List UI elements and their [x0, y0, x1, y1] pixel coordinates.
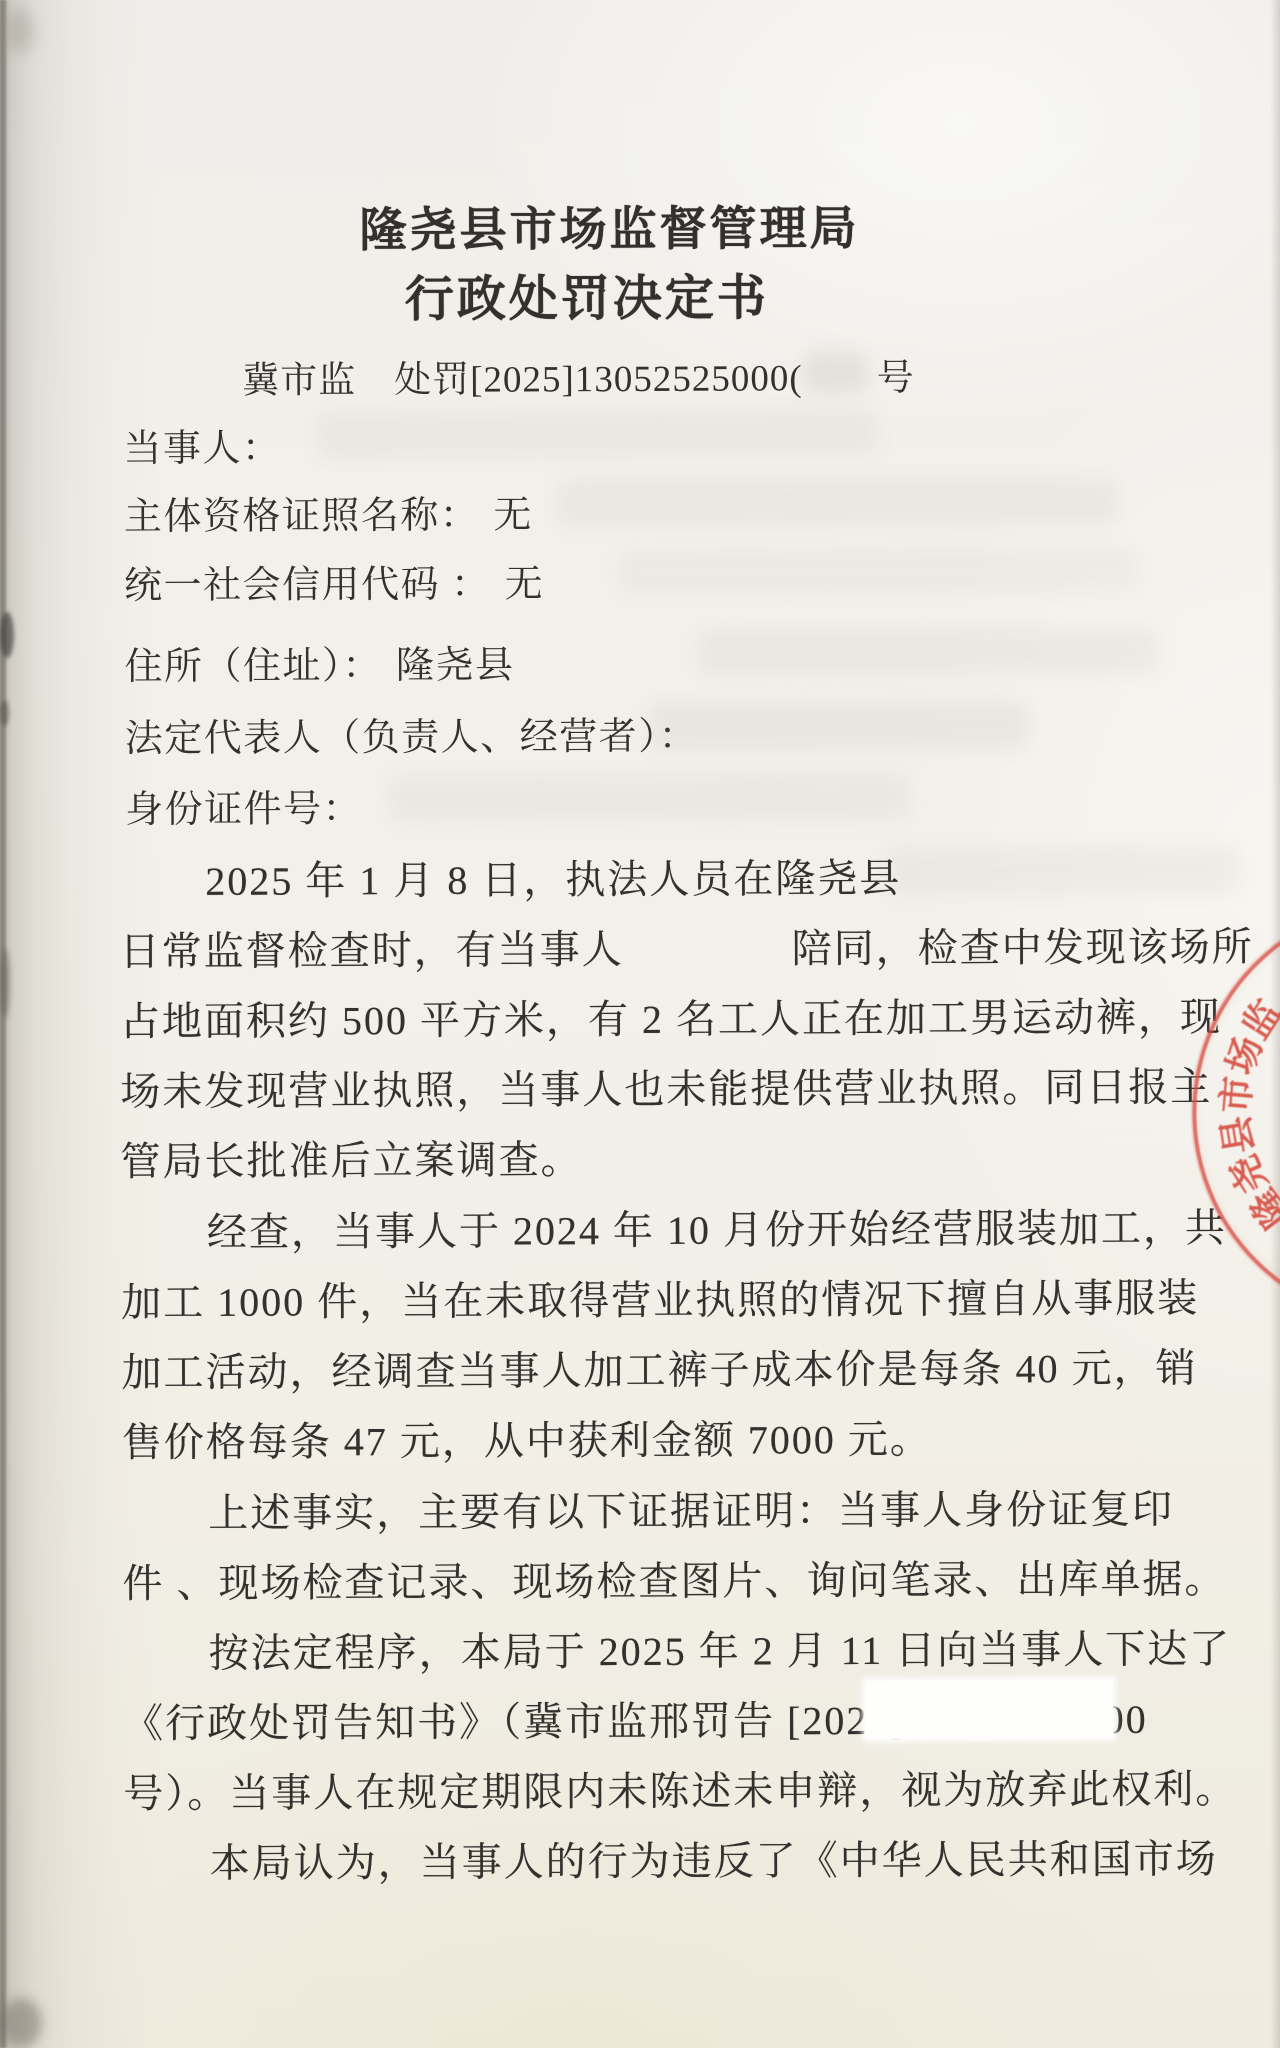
field-address: 住所（住址）：隆尧县	[124, 634, 514, 691]
body-line: 2025 年 1 月 8 日，执法人员在隆尧县	[205, 847, 901, 907]
body-line: 管局长批准后立案调查。	[120, 1128, 582, 1187]
body-line: 号）。当事人在规定期限内未陈述未申辩，视为放弃此权利。	[123, 1757, 1237, 1819]
body-line: 经查，当事人于 2024 年 10 月份开始经营服装加工，共	[207, 1196, 1227, 1257]
body-line: 加工活动，经调查当事人加工裤子成本价是每条 40 元，销	[121, 1337, 1197, 1399]
redaction-smudge	[649, 701, 1029, 751]
redaction-smudge	[698, 628, 1158, 676]
body-line: 上述事实，主要有以下证据证明：当事人身份证复印	[208, 1478, 1174, 1539]
body-line: 日常监督检查时，有当事人	[120, 918, 624, 977]
field-legal-representative: 法定代表人（负责人、经营者）：	[125, 705, 713, 763]
document-title: 隆尧县市场监督管理局	[359, 191, 859, 260]
body-line: 按法定程序，本局于 2025 年 2 月 11 日向当事人下达了	[209, 1617, 1232, 1678]
field-id-number: 身份证件号：	[125, 777, 376, 833]
body-line: 占地面积约 500 平方米，有 2 名工人正在加工男运动裤，现	[120, 985, 1222, 1047]
body-line: 本局认为，当事人的行为违反了《中华人民共和国市场	[210, 1827, 1218, 1888]
body-line: 件 、现场检查记录、现场检查图片、询问笔录、出库单据。	[122, 1547, 1226, 1609]
body-line-continuation: 陪同，检查中发现该场所	[792, 915, 1254, 974]
body-line: 售价格每条 47 元，从中获利金额 7000 元。	[122, 1408, 932, 1469]
field-credit-code: 统一社会信用代码 ：无	[124, 552, 544, 609]
redaction-smudge	[618, 548, 1138, 594]
redaction-smudge	[803, 351, 867, 393]
document-subtitle: 行政处罚决定书	[405, 259, 769, 331]
body-line: 加工 1000 件，当在未取得营业执照的情况下擅自从事服装	[121, 1267, 1199, 1329]
redaction-smudge	[889, 845, 1239, 895]
document-content: 隆尧县市场监督管理局 行政处罚决定书 冀市监 处罚[2025]130525250…	[0, 0, 1280, 2048]
document-number-suffix: 号	[877, 358, 915, 399]
field-license-name: 主体资格证照名称：无	[124, 483, 533, 540]
redaction-smudge	[317, 409, 877, 457]
document-page: 隆尧县市场监督管理局 行政处罚决定书 冀市监 处罚[2025]130525250…	[0, 0, 1280, 2048]
redaction-box	[865, 1680, 1113, 1739]
field-party: 当事人：	[123, 416, 295, 472]
body-line: 场未发现营业执照，当事人也未能提供营业执照。同日报主	[120, 1056, 1212, 1118]
document-number-prefix: 冀市监 处罚[2025]13052525000(	[242, 358, 803, 401]
redaction-smudge	[389, 773, 909, 821]
redaction-smudge	[558, 478, 1118, 526]
